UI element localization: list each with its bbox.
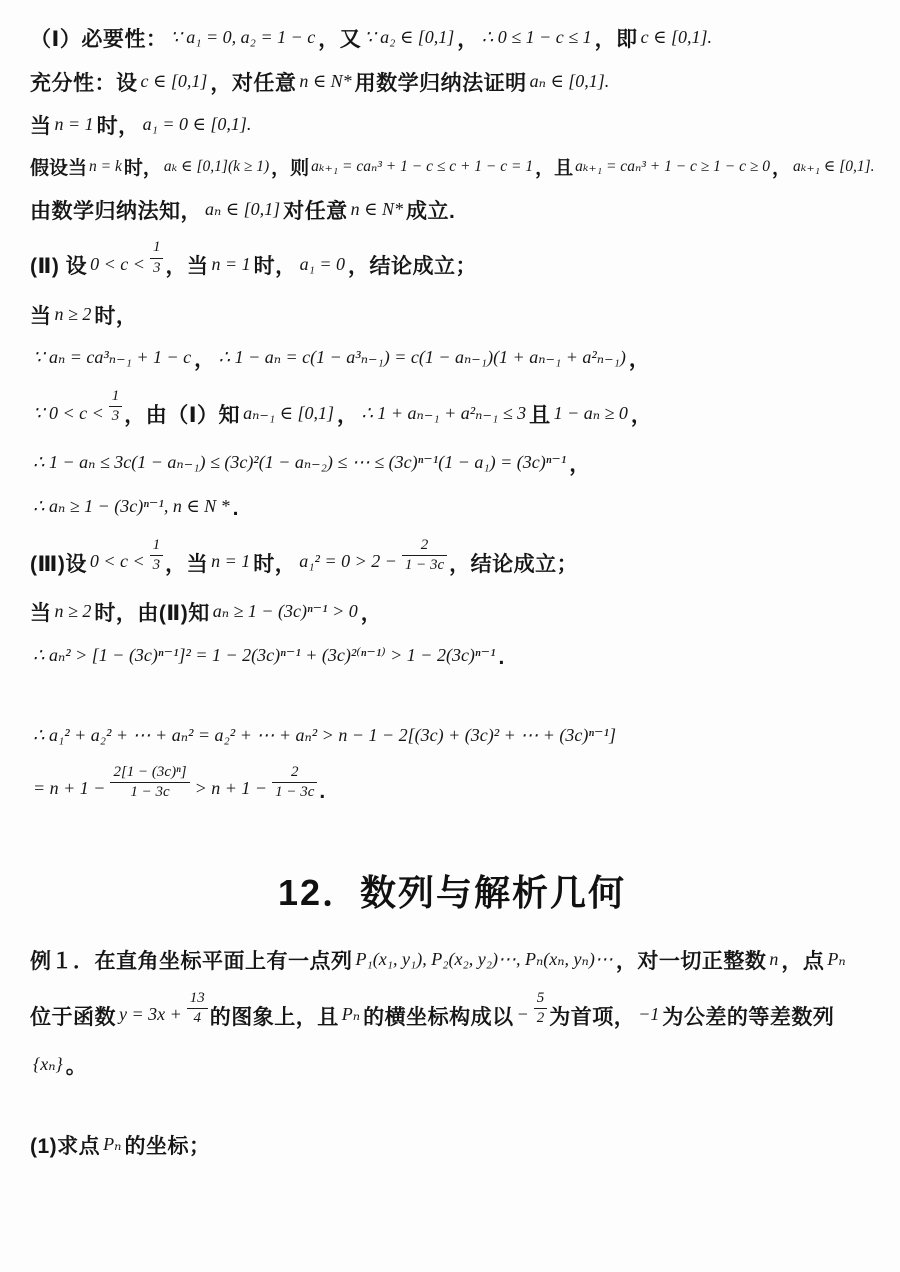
formula: −1 (635, 1004, 662, 1024)
formula: ∴ a₁² + a₂² + ⋯ + aₙ² = a₂² + ⋯ + aₙ² > … (30, 725, 619, 745)
text-run: ，结论成立； (449, 553, 578, 576)
solution-line-11: ∴ aₙ ≥ 1 − (3c)ⁿ⁻¹, n ∈ N *. (30, 493, 874, 525)
formula: Pₙ (824, 949, 848, 969)
numerator: 2 (272, 764, 317, 783)
text-run: ，结论成立； (348, 255, 477, 278)
denominator: 1 − 3c (402, 556, 447, 574)
text-run: 当 (30, 116, 52, 139)
formula: = n + 1 − (30, 778, 108, 798)
text-run: ，当 (165, 553, 208, 576)
text-run: ， (337, 404, 359, 427)
text-run: 例１．在直角坐标平面上有一点列 (30, 950, 353, 973)
text-run: ，即 (595, 28, 638, 51)
denominator: 1 − 3c (110, 783, 189, 801)
formula: − (514, 1004, 532, 1024)
fraction: 134 (187, 990, 208, 1028)
numerator: 13 (187, 990, 208, 1009)
solution-line-6: (Ⅱ) 设0 < c <13，当n = 1时，a₁ = 0，结论成立； (30, 239, 874, 282)
solution-line-16: = n + 1 −2[1 − (3c)ⁿ]1 − 3c> n + 1 −21 −… (30, 764, 874, 807)
formula: aₖ₊₁ = caₙ³ + 1 − c ≤ c + 1 − c = 1 (309, 158, 535, 175)
formula: ∵ a₁ = 0, a₂ = 1 − c (167, 27, 318, 47)
fraction: 13 (150, 239, 164, 277)
solution-line-9: ∵ 0 < c <13，由（Ⅰ）知aₙ₋₁ ∈ [0,1]，∴ 1 + aₙ₋₁… (30, 388, 874, 431)
numerator: 1 (109, 388, 123, 407)
section-title: 12．数列与解析几何 (30, 865, 874, 916)
example-line-3: {xₙ}。 (30, 1051, 874, 1083)
formula: Pₙ (100, 1134, 124, 1154)
formula: n ≥ 2 (52, 304, 95, 324)
text-run: 的坐标； (124, 1135, 210, 1158)
text-run: ， (629, 349, 651, 372)
text-run: 时， (254, 255, 297, 278)
formula: n ∈ N* (296, 71, 354, 91)
text-run: （Ⅰ）必要性： (30, 28, 167, 51)
denominator: 3 (150, 259, 164, 277)
formula: c ∈ [0,1]. (638, 27, 715, 47)
formula: ∴ 1 + aₙ₋₁ + a²ₙ₋₁ ≤ 3 (358, 403, 529, 423)
formula: aₙ ≥ 1 − (3c)ⁿ⁻¹ > 0 (210, 601, 361, 621)
text-run: 对任意 (283, 200, 348, 223)
numerator: 1 (150, 537, 164, 556)
denominator: 3 (150, 556, 164, 574)
denominator: 1 − 3c (272, 783, 317, 801)
numerator: 2[1 − (3c)ⁿ] (110, 764, 189, 783)
text-run: 假设当 (30, 158, 87, 179)
formula: 0 < c < (87, 551, 148, 571)
formula: n = 1 (208, 551, 253, 571)
formula: aₙ ∈ [0,1] (202, 199, 283, 219)
solution-line-15: ∴ a₁² + a₂² + ⋯ + aₙ² = a₂² + ⋯ + aₙ² > … (30, 722, 874, 752)
text-run: 用数学归纳法证明 (355, 72, 527, 95)
formula: a₁² = 0 > 2 − (296, 551, 400, 571)
formula: n ≥ 2 (52, 601, 95, 621)
formula: y = 3x + (116, 1004, 185, 1024)
solution-line-14: ∴ aₙ² > [1 − (3c)ⁿ⁻¹]² = 1 − 2(3c)ⁿ⁻¹ + … (30, 642, 874, 674)
text-run: ， (361, 602, 383, 625)
text-run: ， (194, 349, 216, 372)
question-line-1: (1)求点Pₙ的坐标； (30, 1131, 874, 1163)
fraction: 2[1 − (3c)ⁿ]1 − 3c (110, 764, 189, 802)
text-run: 的横坐标构成以 (363, 1006, 514, 1029)
text-run: ，且 (535, 158, 573, 179)
text-run: 充分性：设 (30, 72, 138, 95)
text-run: (Ⅲ)设 (30, 553, 87, 576)
document-page: （Ⅰ）必要性：∵ a₁ = 0, a₂ = 1 − c，又∵ a₂ ∈ [0,1… (0, 0, 900, 1272)
text-run: ， (457, 28, 479, 51)
text-run: ，则 (271, 158, 309, 179)
formula: ∵ 0 < c < (30, 403, 107, 423)
text-run: 时， (253, 553, 296, 576)
fraction: 21 − 3c (402, 537, 447, 575)
numerator: 1 (150, 239, 164, 258)
formula: {xₙ} (30, 1054, 66, 1074)
fraction: 13 (150, 537, 164, 575)
formula: ∴ aₙ² > [1 − (3c)ⁿ⁻¹]² = 1 − 2(3c)ⁿ⁻¹ + … (30, 645, 499, 665)
text-run: . (499, 646, 505, 669)
solution-line-7: 当n ≥ 2时， (30, 301, 874, 333)
denominator: 2 (534, 1009, 548, 1027)
text-run: . (233, 497, 239, 520)
formula: n = 1 (52, 114, 97, 134)
formula: 1 − aₙ ≥ 0 (551, 403, 631, 423)
text-run: ， (772, 158, 791, 179)
formula: 0 < c < (87, 254, 148, 274)
solution-line-10: ∴ 1 − aₙ ≤ 3c(1 − aₙ₋₁) ≤ (3c)²(1 − aₙ₋₂… (30, 449, 874, 481)
text-run: 为首项， (549, 1006, 635, 1029)
formula: n ∈ N* (348, 199, 406, 219)
example-line-1: 例１．在直角坐标平面上有一点列P₁(x₁, y₁), P₂(x₂, y₂)⋯, … (30, 946, 874, 978)
formula: a₁ = 0 (297, 254, 348, 274)
text-run: ，又 (318, 28, 361, 51)
text-run: 且 (529, 404, 551, 427)
text-run: ，点 (781, 950, 824, 973)
text-run: 由数学归纳法知， (30, 200, 202, 223)
text-run: 为公差的等差数列 (662, 1006, 834, 1029)
text-run: ，对一切正整数 (616, 950, 767, 973)
solution-line-8: ∵ aₙ = ca³ₙ₋₁ + 1 − c，∴ 1 − aₙ = c(1 − a… (30, 344, 874, 376)
text-run: 时， (97, 116, 140, 139)
denominator: 3 (109, 407, 123, 425)
text-run: 当 (30, 305, 52, 328)
fraction: 13 (109, 388, 123, 426)
text-run: 当 (30, 602, 52, 625)
text-run: (Ⅱ) 设 (30, 255, 87, 278)
text-run: (1)求点 (30, 1135, 100, 1158)
formula: c ∈ [0,1] (138, 71, 211, 91)
text-run: 时， (124, 158, 162, 179)
formula: a₁ = 0 ∈ [0,1]. (140, 114, 255, 134)
formula: n = 1 (208, 254, 253, 274)
denominator: 4 (187, 1009, 208, 1027)
text-run: 的图象上，且 (210, 1006, 339, 1029)
solution-line-2: 充分性：设c ∈ [0,1]，对任意n ∈ N*用数学归纳法证明aₙ ∈ [0,… (30, 68, 874, 100)
text-run: 位于函数 (30, 1006, 116, 1029)
text-run: ， (631, 404, 653, 427)
formula: ∴ 1 − aₙ ≤ 3c(1 − aₙ₋₁) ≤ (3c)²(1 − aₙ₋₂… (30, 452, 569, 472)
formula: ∴ 1 − aₙ = c(1 − a³ₙ₋₁) = c(1 − aₙ₋₁)(1 … (216, 347, 629, 367)
solution-line-1: （Ⅰ）必要性：∵ a₁ = 0, a₂ = 1 − c，又∵ a₂ ∈ [0,1… (30, 24, 874, 56)
formula: n (766, 949, 781, 969)
formula: ∵ aₙ = ca³ₙ₋₁ + 1 − c (30, 347, 194, 367)
solution-line-3: 当n = 1时，a₁ = 0 ∈ [0,1]. (30, 111, 874, 143)
formula: ∴ 0 ≤ 1 − c ≤ 1 (479, 27, 595, 47)
formula: ∵ a₂ ∈ [0,1] (361, 27, 457, 47)
text-run: 时， (94, 305, 137, 328)
formula: P₁(x₁, y₁), P₂(x₂, y₂)⋯, Pₙ(xₙ, yₙ)⋯ (353, 949, 616, 969)
formula: aₙ ∈ [0,1]. (527, 71, 613, 91)
solution-line-12: (Ⅲ)设0 < c <13，当n = 1时，a₁² = 0 > 2 −21 − … (30, 537, 874, 580)
formula: > n + 1 − (192, 778, 270, 798)
text-run: ，由（Ⅰ）知 (124, 404, 240, 427)
example-line-2: 位于函数y = 3x +134的图象上，且Pₙ的横坐标构成以−52为首项，−1为… (30, 990, 874, 1033)
formula: ∴ aₙ ≥ 1 − (3c)ⁿ⁻¹, n ∈ N * (30, 496, 233, 516)
solution-line-5: 由数学归纳法知，aₙ ∈ [0,1]对任意n ∈ N*成立. (30, 196, 874, 228)
text-run: ，当 (165, 255, 208, 278)
text-run: ， (569, 454, 591, 477)
numerator: 2 (402, 537, 447, 556)
text-run: 时，由(Ⅱ)知 (94, 602, 209, 625)
formula: aₙ₋₁ ∈ [0,1] (240, 403, 337, 423)
fraction: 21 − 3c (272, 764, 317, 802)
numerator: 5 (534, 990, 548, 1009)
formula: aₖ ∈ [0,1](k ≥ 1) (162, 158, 271, 175)
text-run: ，对任意 (210, 72, 296, 95)
text-run: . (319, 780, 325, 803)
formula: aₖ₊₁ = caₙ³ + 1 − c ≥ 1 − c ≥ 0 (573, 158, 772, 175)
text-run: 成立. (406, 200, 455, 223)
formula: Pₙ (339, 1004, 363, 1024)
solution-line-4: 假设当n = k时，aₖ ∈ [0,1](k ≥ 1)，则aₖ₊₁ = caₙ³… (30, 155, 874, 184)
text-run: 。 (66, 1055, 88, 1078)
formula: aₖ₊₁ ∈ [0,1]. (791, 158, 877, 175)
formula: n = k (87, 158, 124, 175)
solution-line-13: 当n ≥ 2时，由(Ⅱ)知aₙ ≥ 1 − (3c)ⁿ⁻¹ > 0， (30, 598, 874, 630)
fraction: 52 (534, 990, 548, 1028)
